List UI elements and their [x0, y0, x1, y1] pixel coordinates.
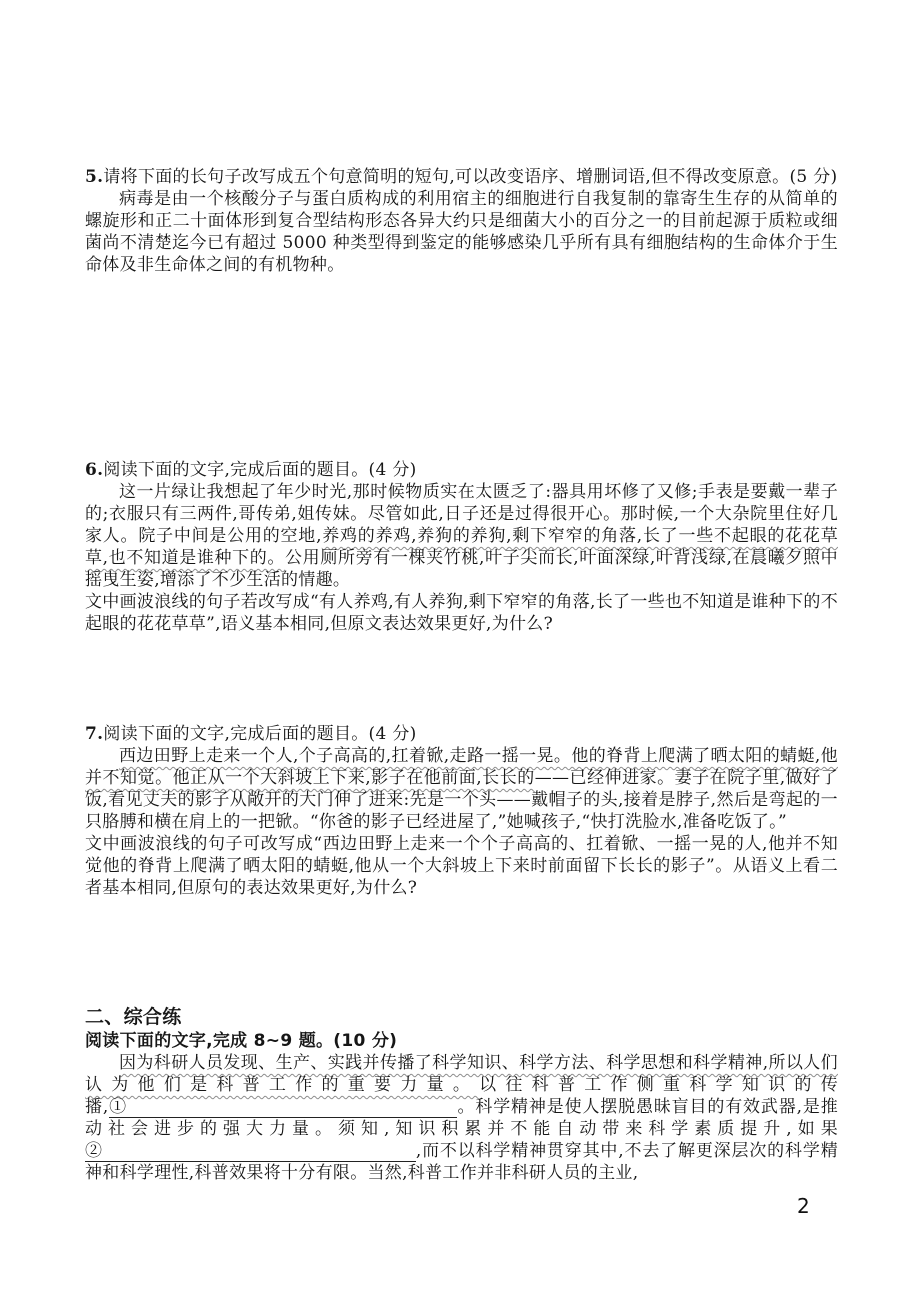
question-6-passage: 这一片绿让我想起了年少时光,那时候物质实在太匮乏了:器具用坏修了又修;手表是要戴…	[85, 481, 838, 591]
question-7: 7.阅读下面的文字,完成后面的题目。(4 分) 西边田野上走来一个人,个子高高的…	[85, 723, 838, 899]
question-5-header-text: 请将下面的长句子改写成五个句意简明的短句,可以改变语序、增删词语,但不得改变原意…	[103, 167, 837, 187]
fill-in-blank-2: ②	[85, 1141, 416, 1162]
question-6-number: 6.	[85, 460, 103, 480]
section-2-title: 二、综合练	[85, 1004, 838, 1030]
question-6: 6.阅读下面的文字,完成后面的题目。(4 分) 这一片绿让我想起了年少时光,那时…	[85, 459, 838, 635]
question-5-passage: 病毒是由一个核酸分子与蛋白质构成的利用宿主的细胞进行自我复制的靠寄生生存的从简单…	[85, 188, 838, 276]
exam-document-page: 5.请将下面的长句子改写成五个句意简明的短句,可以改变语序、增删词语,但不得改变…	[0, 0, 920, 1302]
question-5-header: 5.请将下面的长句子改写成五个句意简明的短句,可以改变语序、增删词语,但不得改变…	[85, 166, 838, 188]
section-2-passage: 因为科研人员发现、生产、实践并传播了科学知识、科学方法、科学思想和科学精神,所以…	[85, 1052, 838, 1184]
page-number: 2	[797, 1194, 810, 1218]
fill-in-blank-1-label: ①	[109, 1097, 127, 1117]
question-7-passage: 西边田野上走来一个人,个子高高的,扛着锨,走路一摇一晃。他的脊背上爬满了晒太阳的…	[85, 745, 838, 833]
question-7-prompt: 文中画波浪线的句子可改写成“西边田野上走来一个个子高高的、扛着锨、一摇一晃的人,…	[85, 833, 838, 899]
question-6-header: 6.阅读下面的文字,完成后面的题目。(4 分)	[85, 459, 838, 481]
question-5: 5.请将下面的长句子改写成五个句意简明的短句,可以改变语序、增删词语,但不得改变…	[85, 166, 838, 276]
question-5-number: 5.	[85, 167, 103, 187]
section-2-intro: 阅读下面的文字,完成 8~9 题。(10 分)	[85, 1030, 838, 1052]
question-7-header-text: 阅读下面的文字,完成后面的题目。(4 分)	[103, 724, 416, 744]
fill-in-blank-2-label: ②	[85, 1141, 103, 1161]
question-7-header: 7.阅读下面的文字,完成后面的题目。(4 分)	[85, 723, 838, 745]
question-6-header-text: 阅读下面的文字,完成后面的题目。(4 分)	[103, 460, 416, 480]
fill-in-blank-1-line	[127, 1110, 457, 1112]
fill-in-blank-2-line	[103, 1154, 416, 1156]
question-6-prompt: 文中画波浪线的句子若改写成“有人养鸡,有人养狗,剩下窄窄的角落,长了一些也不知道…	[85, 591, 838, 635]
section-2: 二、综合练 阅读下面的文字,完成 8~9 题。(10 分) 因为科研人员发现、生…	[85, 1004, 838, 1184]
fill-in-blank-1: ①	[109, 1097, 457, 1118]
question-7-number: 7.	[85, 724, 103, 744]
